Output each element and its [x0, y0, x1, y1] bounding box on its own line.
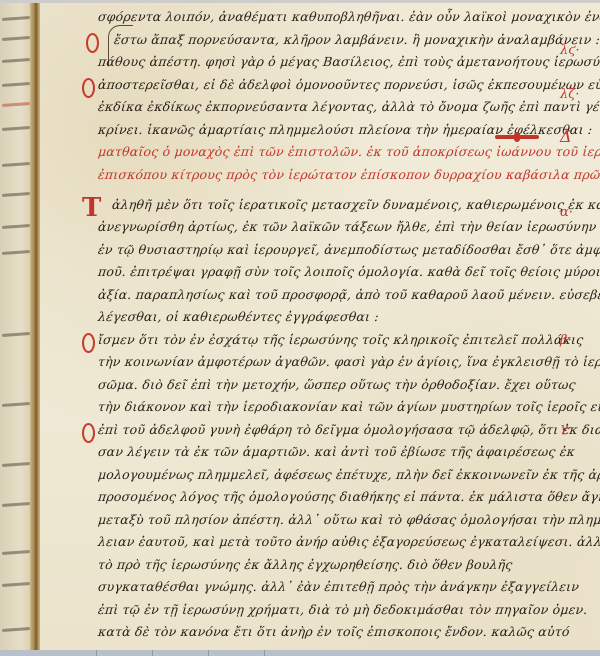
text-line: τὴν διάκονον καὶ τὴν ἱεροδιακονίαν καὶ τ… [97, 399, 600, 415]
text-line: μεταξὺ τοῦ πλησίον ἀπέστη. ἀλλ᾽ οὕτω καὶ… [97, 512, 600, 528]
facing-text-fragment [2, 58, 30, 63]
thumbnail-strip[interactable] [0, 650, 600, 656]
facing-text-fragment [2, 402, 30, 407]
marginal-numeral: γ· [560, 421, 572, 436]
facing-text-fragment [2, 126, 30, 131]
facing-text-fragment [2, 162, 30, 167]
thumbnail-tab[interactable] [209, 650, 265, 656]
text-line: ἀξία. παραπλησίως καὶ τοῦ προσφορᾷ, ἀπὸ … [97, 287, 600, 303]
manuscript-page: σφόρεντα λοιπόν, ἀναθέματι καθυποβληθῆνα… [40, 3, 600, 650]
facing-text-fragment [2, 250, 30, 255]
text-line: σφόρεντα λοιπόν, ἀναθέματι καθυποβληθῆνα… [97, 9, 600, 25]
red-initial-tau: Τ [82, 195, 101, 221]
thumbnail-tab[interactable] [153, 650, 209, 656]
facing-text-fragment [2, 224, 30, 229]
text-line: προσομένος λόγος τῆς ὁμολογούσης διαθήκη… [97, 489, 600, 505]
red-initial-omicron [82, 333, 95, 353]
text-line: λέγεσθαι, οἱ καθιερωθέντες ἐγγράφεσθαι : [97, 309, 379, 325]
text-line: τὸ πρὸ τῆς ἱερωσύνης ἐκ ἄλλης ἐγχωρηθείσ… [97, 557, 513, 573]
red-initial-omicron [82, 423, 95, 443]
text-line: τὴν κοινωνίαν ἀμφοτέρων ἀγαθῶν. φασὶ γὰρ… [97, 354, 600, 370]
red-initial-omicron [82, 78, 95, 98]
text-line: ἐπὶ τῷ ἐν τῇ ἱερωσύνῃ χρήματι, διὰ τὸ μὴ… [97, 602, 588, 618]
facing-text-fragment [2, 582, 30, 587]
thumbnail-tab[interactable] [0, 650, 97, 656]
text-line: ἀληθῆ μὲν ὅτι τοῖς ἱερατικοῖς μετασχεῖν … [111, 197, 600, 213]
text-line: ἔστω ἅπαξ πορνεύσαντα, κλῆρον λαμβάνειν.… [113, 32, 600, 48]
red-ornament [495, 135, 539, 139]
text-line: λειαν ἑαυτοῦ, καὶ μετὰ τοῦτο ἀνήρ αὐθις … [97, 534, 600, 550]
facing-page-edge [0, 3, 34, 650]
text-line: ποῦ. ἐπιτρέψαι γραφῇ σὺν τοῖς λοιποῖς ὁμ… [97, 264, 600, 280]
facing-text-fragment [2, 550, 30, 555]
facing-text-fragment [2, 192, 30, 197]
text-line: ἀποστερεῖσθαι, εἰ δὲ ἀδελφοὶ ὁμονοοῦντες… [97, 77, 600, 93]
marginal-numeral: Δ̄ [560, 127, 572, 146]
text-line: ἐκδίκα ἐκδίκως ἐκπορνεύσαντα λέγοντας, ἀ… [97, 99, 600, 115]
marginal-numeral: β· [560, 333, 572, 348]
facing-text-fragment [2, 462, 30, 467]
marginal-numeral: α· [560, 205, 573, 220]
facing-rubric-fragment [2, 102, 30, 107]
text-line: συγκαταθέσθαι γνώμης. ἀλλ᾽ ἐὰν ἐπιτεθῇ π… [97, 579, 580, 595]
red-initial-omicron [86, 33, 99, 53]
text-line: ἐν τῷ θυσιαστηρίῳ καὶ ἱερουργεῖ, ἀνεμποδ… [97, 242, 600, 258]
text-line: μολογουμένως πλημμελεῖ, ἀφέσεως ἐπέτυχε,… [97, 467, 600, 483]
facing-text-fragment [2, 332, 30, 337]
text-line: σαν λέγειν τὰ ἐκ τῶν ἁμαρτιῶν. καὶ ἀντὶ … [97, 444, 576, 460]
marginal-numeral: λζ· [560, 87, 579, 102]
facing-text-fragment [2, 82, 30, 87]
rubric-line: ἐπισκόπου κίτρους πρὸς τὸν ἱερώτατον ἐπί… [97, 167, 600, 183]
facing-text-fragment [2, 502, 30, 507]
facing-text-fragment [2, 36, 30, 41]
marginal-numeral: λϛ· [560, 43, 580, 58]
manuscript-viewer[interactable]: σφόρεντα λοιπόν, ἀναθέματι καθυποβληθῆνα… [0, 3, 600, 650]
text-line: σῶμα. διὸ δεῖ ἐπὶ τὴν μετοχήν, ὥσπερ οὕτ… [97, 377, 576, 393]
text-line: ἀνεγνωρίσθη ἀρτίως, ἐκ τῶν λαϊκῶν τάξεων… [97, 219, 597, 235]
facing-text-fragment [2, 627, 30, 632]
facing-text-fragment [2, 16, 30, 21]
thumbnail-tab[interactable] [97, 650, 153, 656]
text-line: πάθους ἀπέστη. φησὶ γὰρ ὁ μέγας Βασίλειο… [97, 54, 600, 70]
text-line: κατὰ δὲ τὸν κανόνα ἔτι ὅτι ἀνὴρ ἐν τοῖς … [97, 624, 570, 640]
rubric-line: ματθαῖος ὁ μοναχὸς ἐπὶ τῶν ἐπιστολῶν. ἐκ… [97, 144, 600, 160]
text-line: ἐπὶ τοῦ ἀδελφοῦ γυνὴ ἐφθάρη τὸ δεῖγμα ὁμ… [97, 422, 600, 438]
text-line: ἴσμεν ὅτι τὸν ἐν ἐσχάτῳ τῆς ἱερωσύνης το… [97, 332, 584, 348]
